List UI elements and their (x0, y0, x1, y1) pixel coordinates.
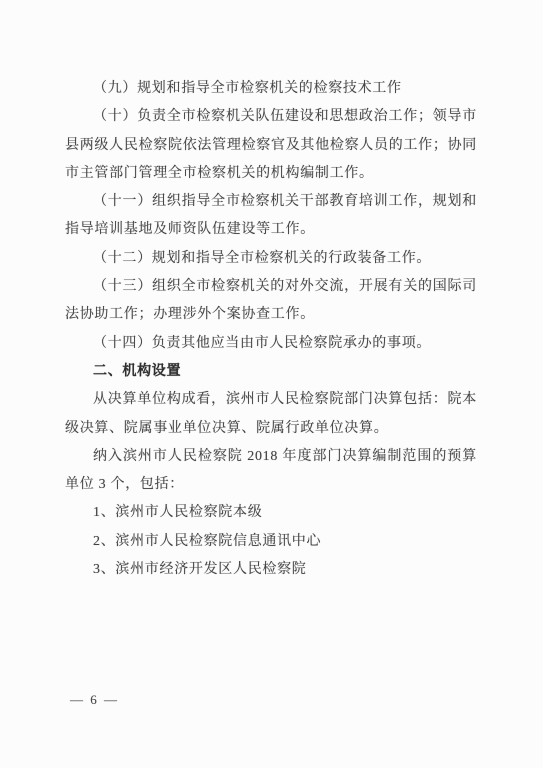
paragraph-item-13: （十三）组织全市检察机关的对外交流，开展有关的国际司法协助工作；办理涉外个案协查… (65, 273, 477, 330)
section-heading: 二、机构设置 (65, 358, 477, 386)
paragraph-budget-units: 从决算单位构成看，滨州市人民检察院部门决算包括：院本级决算、院属事业单位决算、院… (65, 386, 477, 443)
document-body: （九）规划和指导全市检察机关的检察技术工作 （十）负责全市检察机关队伍建设和思想… (65, 75, 477, 584)
list-item-1: 1、滨州市人民检察院本级 (65, 499, 477, 527)
list-item-2: 2、滨州市人民检察院信息通讯中心 (65, 528, 477, 556)
list-item-3: 3、滨州市经济开发区人民检察院 (65, 556, 477, 584)
paragraph-budget-scope: 纳入滨州市人民检察院 2018 年度部门决算编制范围的预算单位 3 个，包括： (65, 443, 477, 500)
paragraph-item-10: （十）负责全市检察机关队伍建设和思想政治工作；领导市县两级人民检察院依法管理检察… (65, 103, 477, 188)
paragraph-item-9: （九）规划和指导全市检察机关的检察技术工作 (65, 75, 477, 103)
paragraph-item-14: （十四）负责其他应当由市人民检察院承办的事项。 (65, 330, 477, 358)
page-number: — 6 — (70, 692, 119, 708)
paragraph-item-11: （十一）组织指导全市检察机关干部教育培训工作，规划和指导培训基地及师资队伍建设等… (65, 188, 477, 245)
paragraph-item-12: （十二）规划和指导全市检察机关的行政装备工作。 (65, 245, 477, 273)
document-page: （九）规划和指导全市检察机关的检察技术工作 （十）负责全市检察机关队伍建设和思想… (0, 0, 543, 768)
